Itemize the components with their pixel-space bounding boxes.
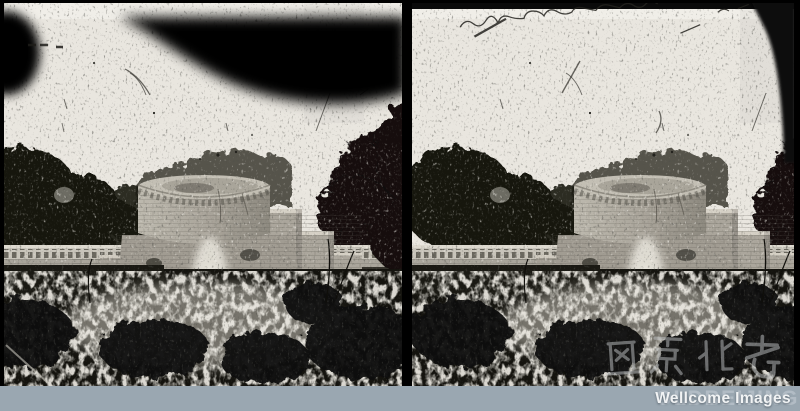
wellcome-images-watermark: Wellcome Images: [655, 390, 791, 408]
stereo-photo-card: OLDBEIJING Wellcome Images: [0, 0, 800, 411]
right-photo-panel: [400, 0, 800, 387]
stereo-photograph: [0, 0, 800, 411]
wellcome-watermark-bar: OLDBEIJING Wellcome Images: [0, 386, 800, 411]
